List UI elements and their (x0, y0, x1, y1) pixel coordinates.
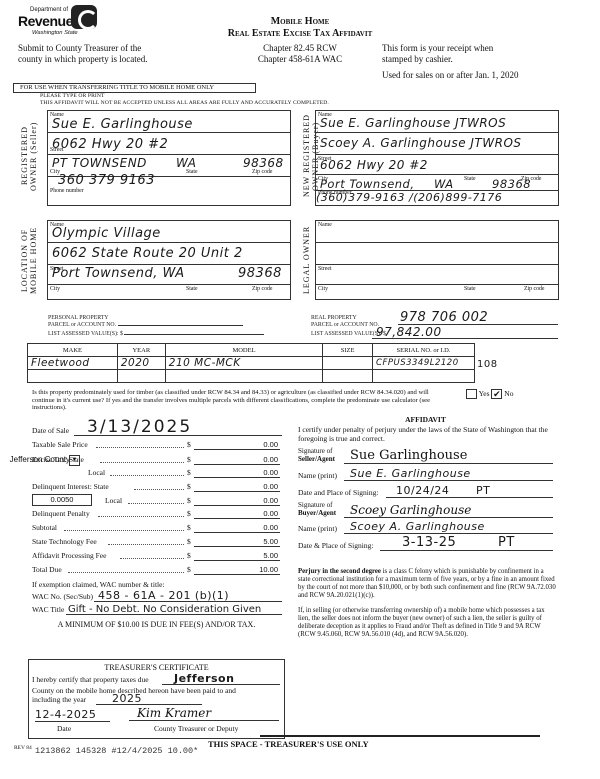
seller-signature-field[interactable]: Sue Garlinghouse (350, 448, 467, 463)
seller-zip-field[interactable]: 98368 (243, 156, 284, 170)
treasurer-certificate: TREASURER'S CERTIFICATE I hereby certify… (28, 659, 285, 739)
seller-date-row[interactable]: Date and Place of Signing: 10/24/24 PT (298, 482, 553, 499)
excise-tax-state-field[interactable]: 0.00 (194, 455, 280, 465)
personal-property-label: PERSONAL PROPERTY PARCEL or ACCOUNT NO. … (48, 315, 264, 338)
please-print-note: PLEASE TYPE OR PRINT (40, 93, 105, 99)
buyer-name-field[interactable]: Sue E. Garlinghouse JTWROS (320, 116, 506, 130)
seller-name-field[interactable]: Sue E. Garlinghouse (52, 117, 193, 132)
treasurer-use-divider (260, 735, 540, 737)
wac-title-row[interactable]: WAC Title Gift - No Debt. No Considerati… (32, 603, 282, 615)
excise-tax-local-row[interactable]: Local $0.00 (32, 466, 280, 479)
minimum-due-note: A MINIMUM OF $10.00 IS DUE IN FEE(S) AND… (28, 620, 285, 629)
affidavit-processing-fee-row[interactable]: Affidavit Processing Fee $5.00 (32, 549, 280, 562)
legal-owner-name-row-2[interactable] (316, 243, 558, 265)
delinquent-interest-state-row[interactable]: Delinquent Interest: State $0.00 (32, 480, 280, 493)
buyer-signature-row[interactable]: Signature ofBuyer/Agent Scoey Garlinghou… (298, 499, 553, 519)
location-section-label: LOCATION OF MOBILE HOME (20, 222, 42, 298)
total-due-row[interactable]: Total Due $10.00 (32, 563, 280, 576)
wac-title-field[interactable]: Gift - No Debt. No Consideration Given (68, 604, 261, 615)
delinquent-interest-state-field[interactable]: 0.00 (194, 482, 280, 492)
wac-number-field[interactable]: 458 - 61A - 201 (b)(1) (98, 589, 229, 602)
seller-section-label: REGISTERED OWNER (Seller) (20, 112, 42, 200)
mobile-home-table: MAKE YEAR MODEL SIZE SERIAL NO. or I.D. … (27, 343, 475, 383)
submit-instructions: Submit to County Treasurer of the county… (18, 43, 188, 65)
receipt-note: This form is your receipt when stamped b… (382, 43, 592, 65)
location-city-field[interactable]: Port Townsend, WA (52, 266, 185, 281)
affidavit-certify: I certify under penalty of perjury under… (298, 425, 553, 443)
location-street-field[interactable]: 6062 State Route 20 Unit 2 (52, 246, 243, 261)
seller-city-field[interactable]: PT TOWNSEND (52, 156, 147, 170)
make-cell[interactable]: Fleetwood (28, 357, 118, 370)
state-technology-fee-field[interactable]: 5.00 (194, 537, 280, 547)
seller-state-field[interactable]: WA (176, 156, 196, 170)
seller-street-row[interactable]: 6062 Hwy 20 #2 Street (48, 133, 290, 155)
treasurer-county-row[interactable]: I hereby certify that property taxes due… (32, 674, 280, 685)
legal-owner-name-row[interactable]: Name (316, 221, 558, 243)
seller-phone-field[interactable]: 360 379 9163 (58, 173, 155, 188)
buyer-phone-row[interactable]: Phone number (360)379-9163 /(206)899-717… (316, 191, 558, 205)
seller-print-name-field[interactable]: Sue E. Garlinghouse (350, 467, 471, 480)
wac-number-row[interactable]: WAC No. (Sec/Sub) 458 - 61A - 201 (b)(1) (32, 590, 282, 602)
treasurer-signature-field[interactable]: Kim Kramer (129, 706, 279, 721)
excise-tax-local-field[interactable]: 0.00 (194, 468, 280, 478)
taxable-sale-price-field[interactable]: 0.00 (194, 440, 280, 450)
location-labels-row: City State Zip code (48, 285, 290, 299)
delinquent-penalty-row[interactable]: Delinquent Penalty $0.00 (32, 507, 280, 520)
buyer-city-field[interactable]: Port Townsend, (320, 177, 415, 191)
dor-logo-icon (71, 5, 97, 29)
total-due-field[interactable]: 10.00 (194, 565, 280, 575)
timber-question: Is this property predominately used for … (32, 389, 432, 412)
treasurer-year-field[interactable]: 2025 (112, 692, 142, 705)
legal-owner-box: Name Street City State Zip code (315, 220, 559, 300)
table-row[interactable]: Fleetwood 2020 210 MC-MCK CFPUS3349L2120 (28, 357, 475, 370)
buyer-date-row[interactable]: Date & Place of Signing: 3-13-25 PT (298, 535, 553, 552)
mobile-home-only-banner: FOR USE WHEN TRANSFERRING TITLE TO MOBIL… (13, 83, 256, 93)
size-cell[interactable] (323, 357, 373, 370)
buyer-street-row[interactable]: Street 6062 Hwy 20 #2 (316, 155, 558, 175)
seller-date-field[interactable]: 10/24/24 (396, 484, 449, 497)
buyer-phone-field[interactable]: (360)379-9163 /(206)899-7176 (316, 191, 502, 204)
rev-number: REV 84 (14, 745, 32, 751)
seller-box: Name Sue E. Garlinghouse 6062 Hwy 20 #2 … (47, 110, 291, 206)
serial-cell[interactable]: CFPUS3349L2120 (373, 357, 475, 370)
tax-lien-notice: If, in selling (or otherwise transferrin… (298, 607, 556, 639)
buyer-name-field-2[interactable]: Scoey A. Garlinghouse JTWROS (320, 136, 522, 150)
seller-name-row[interactable]: Name Sue E. Garlinghouse (48, 111, 290, 133)
delinquent-interest-local-row[interactable]: Local $0.00 (32, 494, 280, 507)
affidavit-heading: AFFIDAVIT (298, 415, 553, 424)
location-name-field[interactable]: Olympic Village (52, 226, 161, 241)
location-box: Name Olympic Village 6062 State Route 20… (47, 220, 291, 300)
subtotal-field[interactable]: 0.00 (194, 523, 280, 533)
buyer-state-field[interactable]: WA (434, 177, 454, 191)
chevron-down-icon[interactable]: ▼ (69, 455, 80, 466)
timber-answer: Yes ✔ No (466, 389, 513, 399)
buyer-street-field[interactable]: 6062 Hwy 20 #2 (320, 158, 428, 172)
dor-logo: Department of Revenue Washington State (18, 5, 98, 41)
legal-owner-city-row[interactable]: City State Zip code (316, 285, 558, 299)
model-cell[interactable]: 210 MC-MCK (165, 357, 322, 370)
seller-signature-row[interactable]: Signature ofSeller/Agent Sue Garlinghous… (298, 445, 553, 465)
date-of-sale-row[interactable]: Date of Sale 3/13/2025 (32, 420, 282, 436)
location-name-row[interactable]: Name Olympic Village (48, 221, 290, 243)
serial-overflow: 108 (477, 359, 498, 370)
treasurer-date-field[interactable]: 12-4-2025 (35, 708, 110, 722)
perjury-notice: Perjury in the second degree is a class … (298, 568, 556, 600)
legal-owner-street-row[interactable]: Street (316, 265, 558, 285)
cashier-stamp: 1213862 145328 #12/4/2025 10.00* (35, 746, 198, 756)
buyer-name-row[interactable]: Name (print) Scoey A. Garlinghouse (298, 518, 553, 535)
buyer-place-field[interactable]: PT (498, 535, 515, 550)
affidavit-processing-fee-field[interactable]: 5.00 (194, 551, 280, 561)
treasurer-county-field[interactable]: Jefferson (174, 672, 234, 685)
treasurer-year-row[interactable]: including the year 2025 (32, 694, 202, 705)
no-checkbox[interactable]: ✔ (491, 389, 502, 399)
completion-warning: THIS AFFIDAVIT WILL NOT BE ACCEPTED UNLE… (40, 100, 329, 106)
location-city-row[interactable]: Street Port Townsend, WA 98368 (48, 265, 290, 285)
delinquent-interest-local-field[interactable]: 0.00 (194, 496, 280, 506)
used-for-note: Used for sales on or after Jan. 1, 2020 (382, 70, 518, 80)
buyer-name-row[interactable]: Name Sue E. Garlinghouse JTWROS (316, 111, 558, 133)
buyer-box: Name Sue E. Garlinghouse JTWROS Scoey A.… (315, 110, 559, 206)
state-technology-fee-row[interactable]: State Technology Fee $5.00 (32, 535, 280, 548)
buyer-zip-field[interactable]: 98368 (492, 177, 531, 191)
table-row[interactable] (28, 370, 475, 383)
personal-parcel-field[interactable] (118, 325, 243, 326)
seller-place-field[interactable]: PT (476, 484, 490, 497)
personal-assessed-field[interactable] (124, 334, 264, 335)
delinquent-penalty-field[interactable]: 0.00 (194, 509, 280, 519)
yes-checkbox[interactable] (466, 389, 477, 399)
real-assessed-field[interactable]: 97,842.00 (372, 326, 558, 339)
buyer-print-name-field[interactable]: Scoey A. Garlinghouse (350, 520, 485, 533)
table-header-row: MAKE YEAR MODEL SIZE SERIAL NO. or I.D. (28, 344, 475, 357)
location-zip-field[interactable]: 98368 (238, 266, 282, 281)
date-of-sale-field[interactable]: 3/13/2025 (87, 417, 192, 437)
subtotal-row[interactable]: Subtotal $0.00 (32, 521, 280, 534)
seller-name-row[interactable]: Name (print) Sue E. Garlinghouse (298, 465, 553, 482)
buyer-city-row[interactable]: City State Zip code Port Townsend, WA 98… (316, 175, 558, 191)
taxable-sale-price-row[interactable]: Taxable Sale Price $0.00 (32, 438, 280, 451)
buyer-date-field[interactable]: 3-13-25 (402, 535, 456, 550)
real-parcel-field[interactable]: 978 706 002 (398, 311, 558, 325)
seller-phone-row[interactable]: 360 379 9163 Phone number (48, 177, 290, 205)
year-cell[interactable]: 2020 (117, 357, 165, 370)
seller-street-field[interactable]: 6062 Hwy 20 #2 (52, 137, 168, 152)
form-title: Mobile Home Real Estate Excise Tax Affid… (175, 16, 425, 40)
location-street-row[interactable]: 6062 State Route 20 Unit 2 (48, 243, 290, 265)
buyer-signature-field[interactable]: Scoey Garlinghouse (350, 503, 471, 517)
exemption-label: If exemption claimed, WAC number & title… (32, 580, 165, 589)
treasurer-use-only: THIS SPACE - TREASURER'S USE ONLY (208, 739, 369, 749)
buyer-name-row-2[interactable]: Scoey A. Garlinghouse JTWROS (316, 133, 558, 155)
